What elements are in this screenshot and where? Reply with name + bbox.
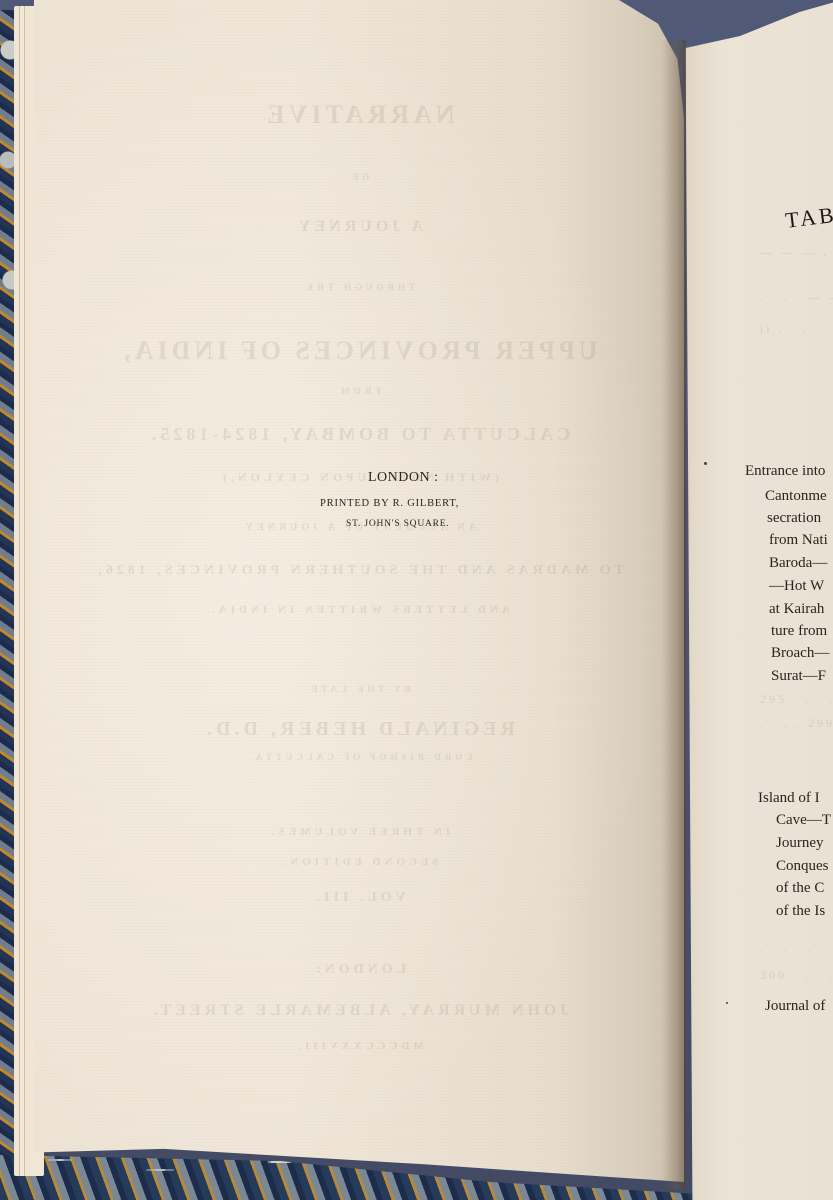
bleed-line: MDCCCXXVIII. <box>34 1040 684 1052</box>
toc-entry-line: Island of I <box>758 790 820 807</box>
bleed-line: LORD BISHOP OF CALCUTTA. <box>34 752 684 762</box>
ink-speck <box>726 1002 728 1004</box>
right-page <box>672 0 833 1200</box>
imprint-city: LONDON : <box>300 470 500 486</box>
faint-bleed: . . . . — — <box>760 290 833 305</box>
bleed-line: SECOND EDITION. <box>34 856 684 868</box>
toc-entry-line: ture from <box>771 623 827 640</box>
toc-entry-line: Broach— <box>771 645 829 662</box>
faint-bleed: . . . . . . <box>760 940 826 955</box>
bleed-line: JOHN MURRAY, ALBEMARLE STREET. <box>34 1002 684 1020</box>
bleed-line: REGINALD HEBER, D.D. <box>34 718 684 741</box>
imprint-address: ST. JOHN'S SQUARE. <box>300 519 500 529</box>
toc-entry-line: secration <box>767 510 821 527</box>
toc-entry-line: Conques <box>776 858 829 875</box>
toc-entry-line: Baroda— <box>769 555 827 572</box>
imprint-printer: PRINTED BY R. GILBERT, <box>300 498 500 509</box>
bleed-line: A JOURNEY <box>34 218 684 236</box>
bleed-line: THROUGH THE <box>34 282 684 292</box>
bleed-line: TO MADRAS AND THE SOUTHERN PROVINCES, 18… <box>34 563 684 579</box>
toc-heading: TAB <box>784 202 833 234</box>
toc-entry-line: —Hot W <box>769 578 824 595</box>
toc-entry-line: Journey <box>776 835 824 852</box>
bleed-line: IN THREE VOLUMES. <box>34 826 684 838</box>
faint-bleed: ii . . . . <box>760 322 821 337</box>
toc-entry-line: of the C <box>776 880 824 897</box>
bleed-line: VOL. III. <box>34 890 684 906</box>
bleed-line: AND LETTERS WRITTEN IN INDIA. <box>34 604 684 616</box>
toc-entry-line: Cantonme <box>765 488 827 505</box>
bleed-line: LONDON: <box>34 962 684 978</box>
toc-entry-line: of the Is <box>776 903 825 920</box>
faint-bleed: 300 . . . . <box>760 968 833 983</box>
bleed-line: BY THE LATE <box>34 684 684 694</box>
faint-bleed: — — — . . . <box>760 245 833 260</box>
toc-entry-line: Surat—F <box>771 668 826 685</box>
toc-entry-line: Journal of <box>765 998 825 1015</box>
printer-imprint: LONDON : PRINTED BY R. GILBERT, ST. JOHN… <box>300 470 500 529</box>
faint-bleed: . . . . 299 <box>760 716 833 731</box>
bleed-line: FROM <box>34 386 684 396</box>
faint-bleed: 295 . . . . <box>760 692 833 707</box>
bleed-line: UPPER PROVINCES OF INDIA, <box>34 336 684 366</box>
bleed-line: OF <box>34 172 684 182</box>
toc-entry-line: at Kairah <box>769 601 824 618</box>
toc-entry-line: Entrance into <box>745 463 825 480</box>
bleed-line: NARRATIVE <box>34 100 684 130</box>
book-photo: NARRATIVEOFA JOURNEYTHROUGH THEUPPER PRO… <box>0 0 833 1200</box>
bleed-line: CALCUTTA TO BOMBAY, 1824-1825. <box>34 424 684 445</box>
toc-entry-line: from Nati <box>769 532 828 549</box>
ink-speck <box>704 462 707 465</box>
toc-entry-line: Cave—T <box>776 812 831 829</box>
